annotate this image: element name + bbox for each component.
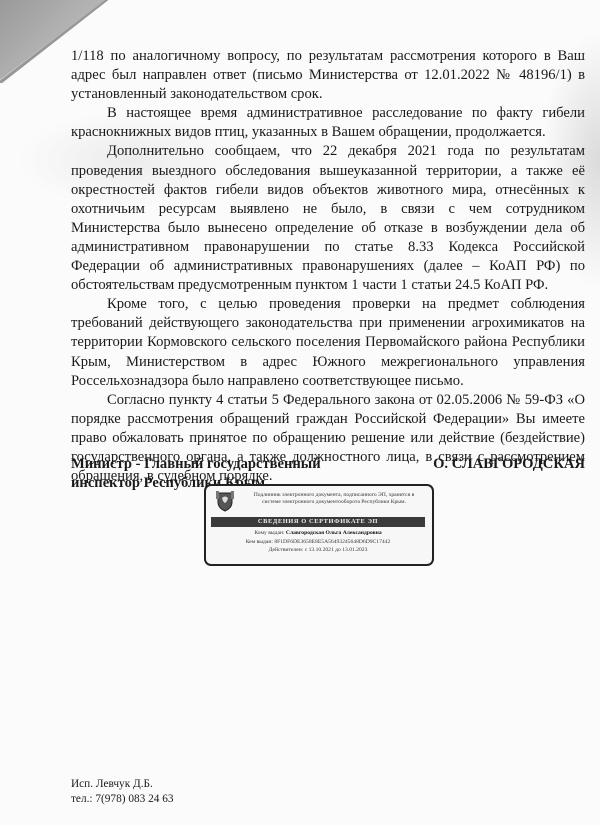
issued-by-value: 8F1DF6DE3658E8E5A56493245648D6D9C17442	[274, 539, 390, 545]
e-signature-stamp: Подлинник электронного документа, подпис…	[204, 484, 434, 566]
issued-to-label: Кому выдан:	[254, 530, 284, 536]
stamp-note: Подлинник электронного документа, подпис…	[244, 492, 424, 506]
stamp-header: СВЕДЕНИЯ О СЕРТИФИКАТЕ ЭП	[211, 517, 425, 527]
issued-by-label: Кем выдан:	[246, 539, 273, 545]
paragraph-2: В настоящее время административное рассл…	[71, 104, 585, 142]
validity-label: Действителен:	[269, 547, 304, 553]
paragraph-4: Кроме того, с целью проведения проверки …	[71, 295, 585, 390]
paragraph-1: 1/118 по аналогичному вопросу, по резуль…	[71, 47, 585, 104]
issued-to-value: Славгородская Ольга Александровна	[286, 530, 382, 536]
validity-value: с 13.10.2021 до 13.01.2023	[305, 547, 368, 553]
issued-by-row: Кем выдан: 8F1DF6DE3658E8E5A56493245648D…	[211, 538, 425, 547]
letter-body: 1/118 по аналогичному вопросу, по резуль…	[71, 47, 585, 486]
paragraph-3: Дополнительно сообщаем, что 22 декабря 2…	[71, 142, 585, 295]
executor-name: Исп. Левчук Д.Б.	[71, 777, 174, 792]
signatory-title-line-1: Министр - Главный государственный	[71, 455, 371, 474]
validity-row: Действителен: с 13.10.2021 до 13.01.2023	[211, 546, 425, 555]
executor-phone: тел.: 7(978) 083 24 63	[71, 792, 174, 807]
signatory-name: О. СЛАВГОРОДСКАЯ	[433, 455, 585, 474]
scanned-document-page: 1/118 по аналогичному вопросу, по резуль…	[0, 0, 600, 825]
certificate-details: Кому выдан: Славгородская Ольга Александ…	[211, 529, 425, 555]
issued-to-row: Кому выдан: Славгородская Ольга Александ…	[211, 529, 425, 538]
executor-footer: Исп. Левчук Д.Б. тел.: 7(978) 083 24 63	[71, 777, 174, 807]
coat-of-arms-icon	[216, 491, 234, 512]
